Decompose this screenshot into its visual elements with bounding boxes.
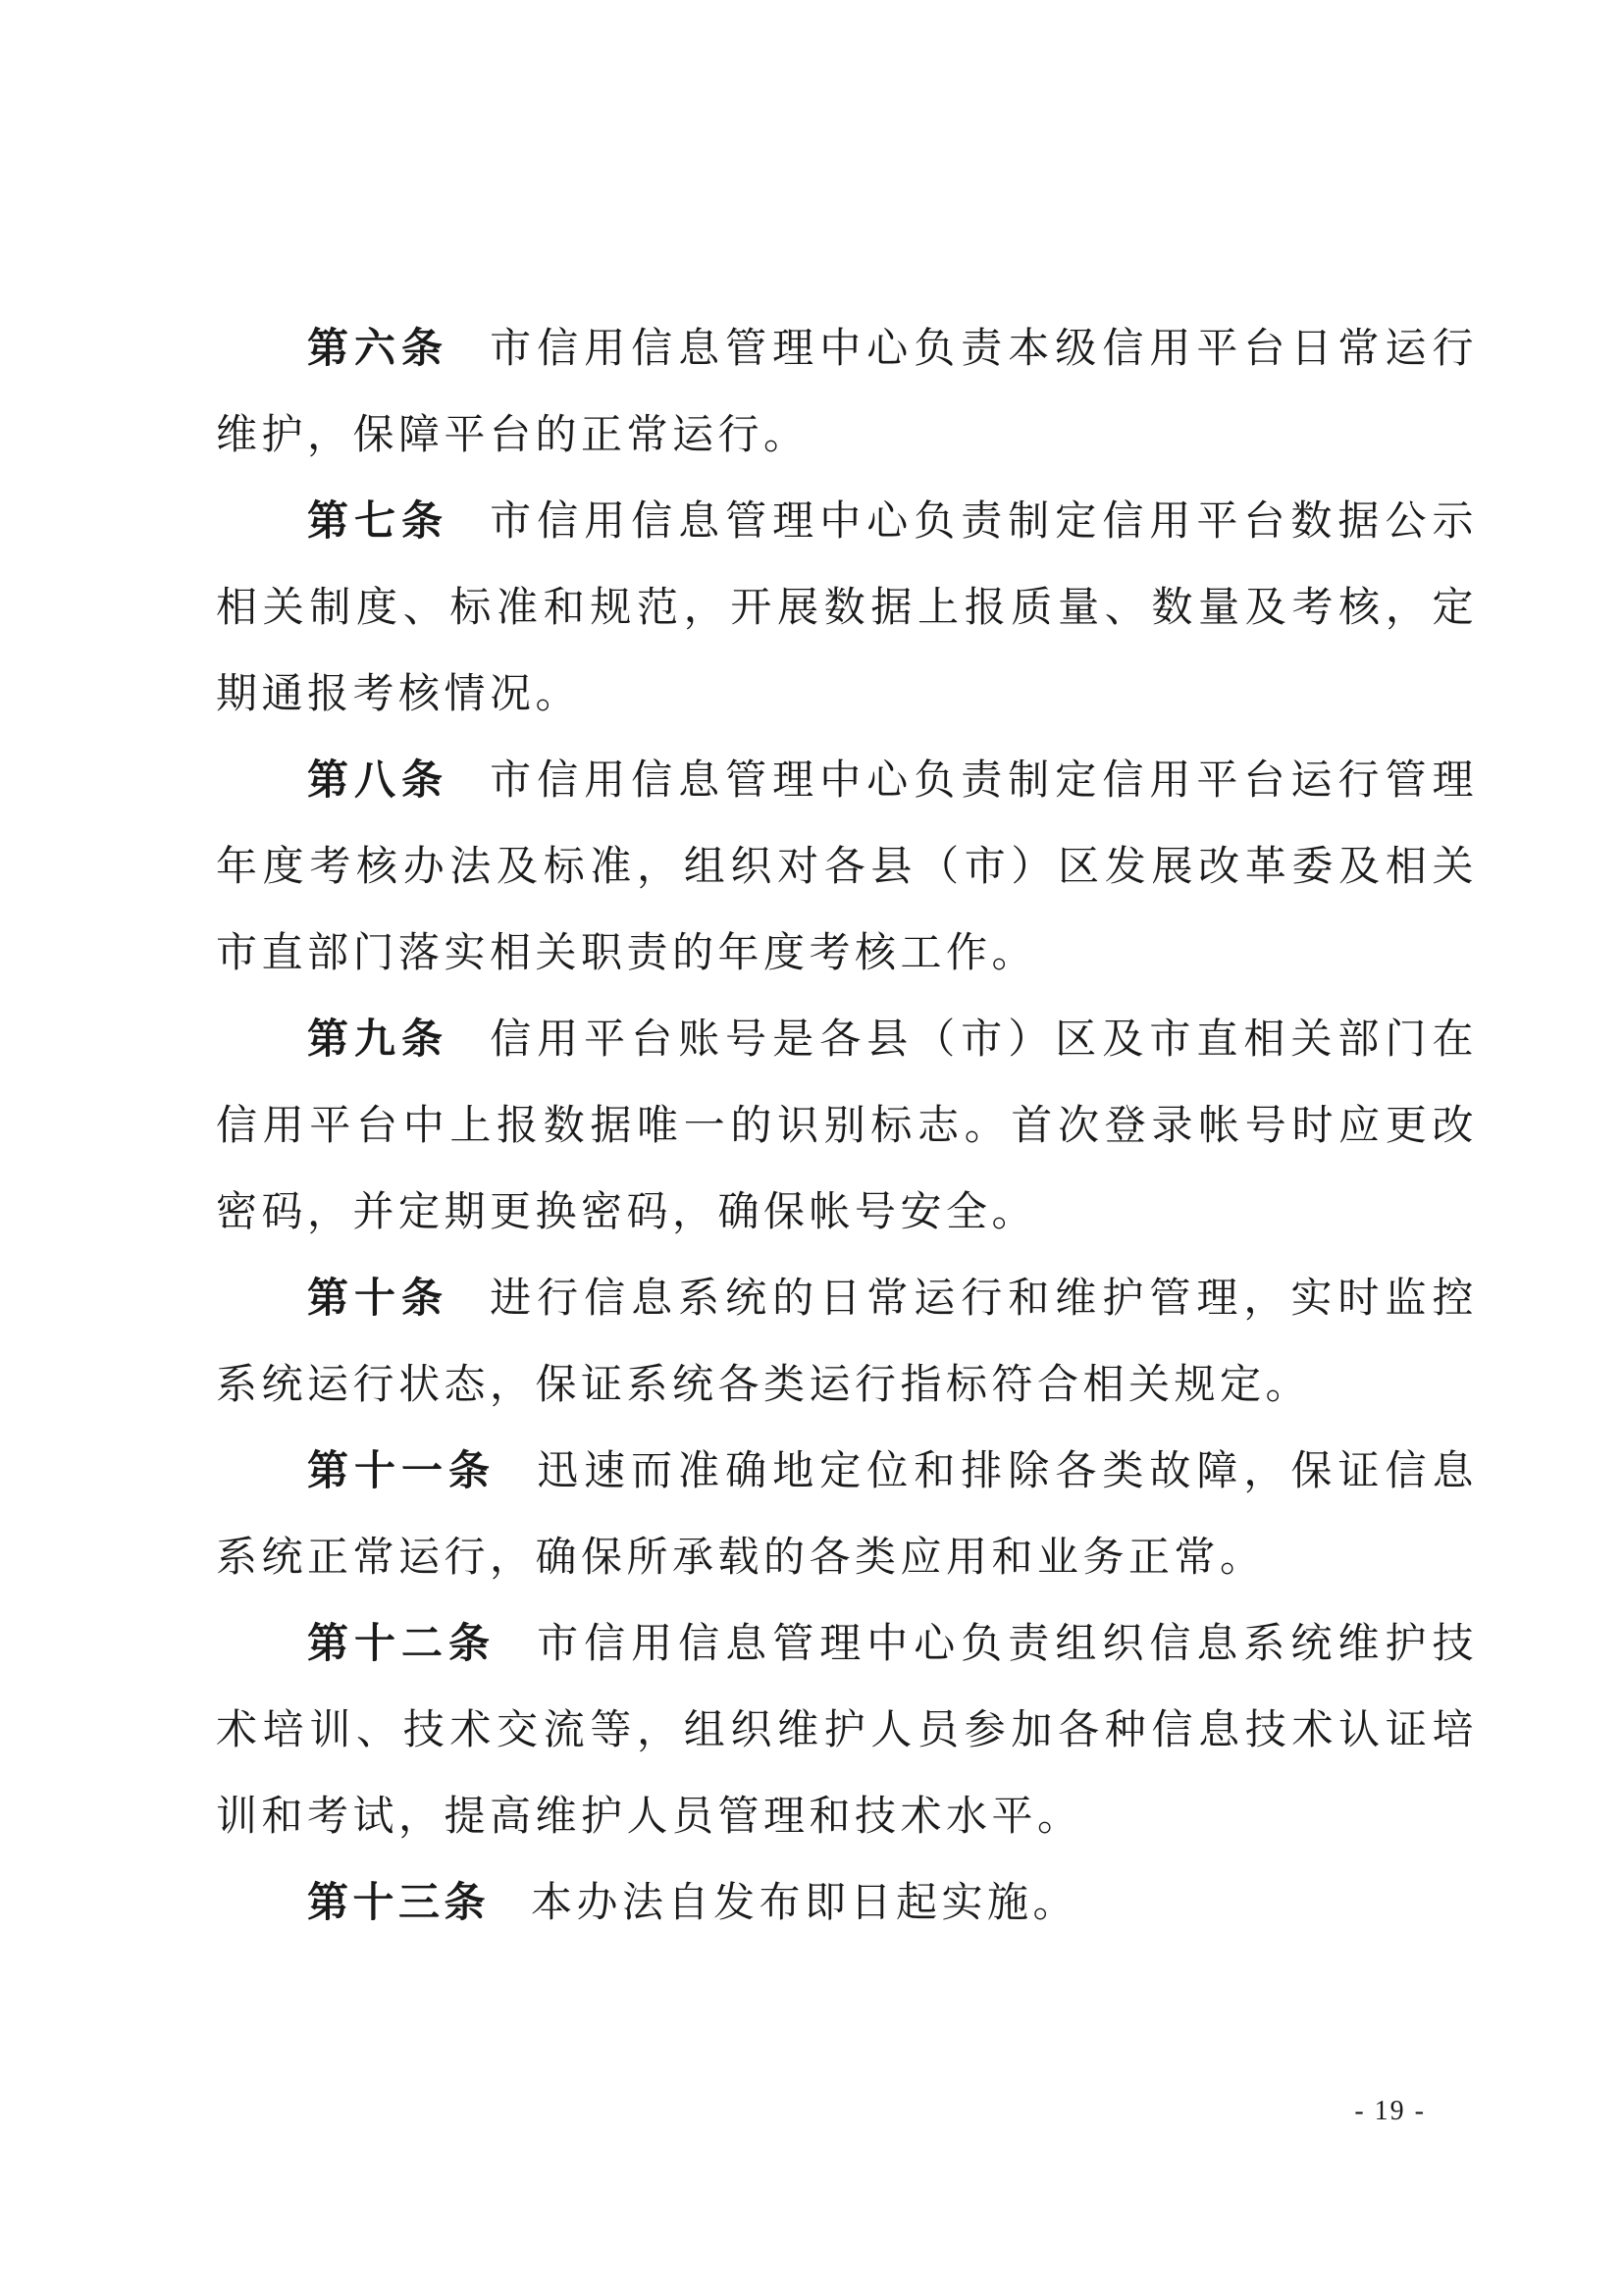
article-12-number: 第十二条 — [307, 1622, 496, 1667]
article-6-number: 第六条 — [307, 327, 448, 372]
article-13-text: 本办法自发布即日起实施。 — [531, 1881, 1078, 1926]
article-8-number: 第八条 — [307, 758, 448, 804]
article-11-number: 第十一条 — [307, 1449, 496, 1494]
article-12: 第十二条市信用信息管理中心负责组织信息系统维护技术培训、技术交流等，组织维护人员… — [216, 1601, 1478, 1860]
article-10-number: 第十条 — [307, 1277, 448, 1322]
article-13-number: 第十三条 — [307, 1881, 490, 1926]
article-7-number: 第七条 — [307, 499, 448, 545]
article-13: 第十三条本办法自发布即日起实施。 — [216, 1860, 1478, 1947]
document-body: 第六条市信用信息管理中心负责本级信用平台日常运行维护，保障平台的正常运行。 第七… — [216, 306, 1478, 1947]
article-10: 第十条进行信息系统的日常运行和维护管理，实时监控系统运行状态，保证系统各类运行指… — [216, 1256, 1478, 1429]
article-9: 第九条信用平台账号是各县（市）区及市直相关部门在信用平台中上报数据唯一的识别标志… — [216, 997, 1478, 1256]
article-11: 第十一条迅速而准确地定位和排除各类故障，保证信息系统正常运行，确保所承载的各类应… — [216, 1429, 1478, 1601]
article-8: 第八条市信用信息管理中心负责制定信用平台运行管理年度考核办法及标准，组织对各县（… — [216, 738, 1478, 997]
document-page: 第六条市信用信息管理中心负责本级信用平台日常运行维护，保障平台的正常运行。 第七… — [0, 0, 1624, 2296]
article-7: 第七条市信用信息管理中心负责制定信用平台数据公示相关制度、标准和规范，开展数据上… — [216, 479, 1478, 738]
article-6: 第六条市信用信息管理中心负责本级信用平台日常运行维护，保障平台的正常运行。 — [216, 306, 1478, 479]
page-number: - 19 - — [1354, 2096, 1426, 2127]
article-9-number: 第九条 — [307, 1018, 448, 1063]
